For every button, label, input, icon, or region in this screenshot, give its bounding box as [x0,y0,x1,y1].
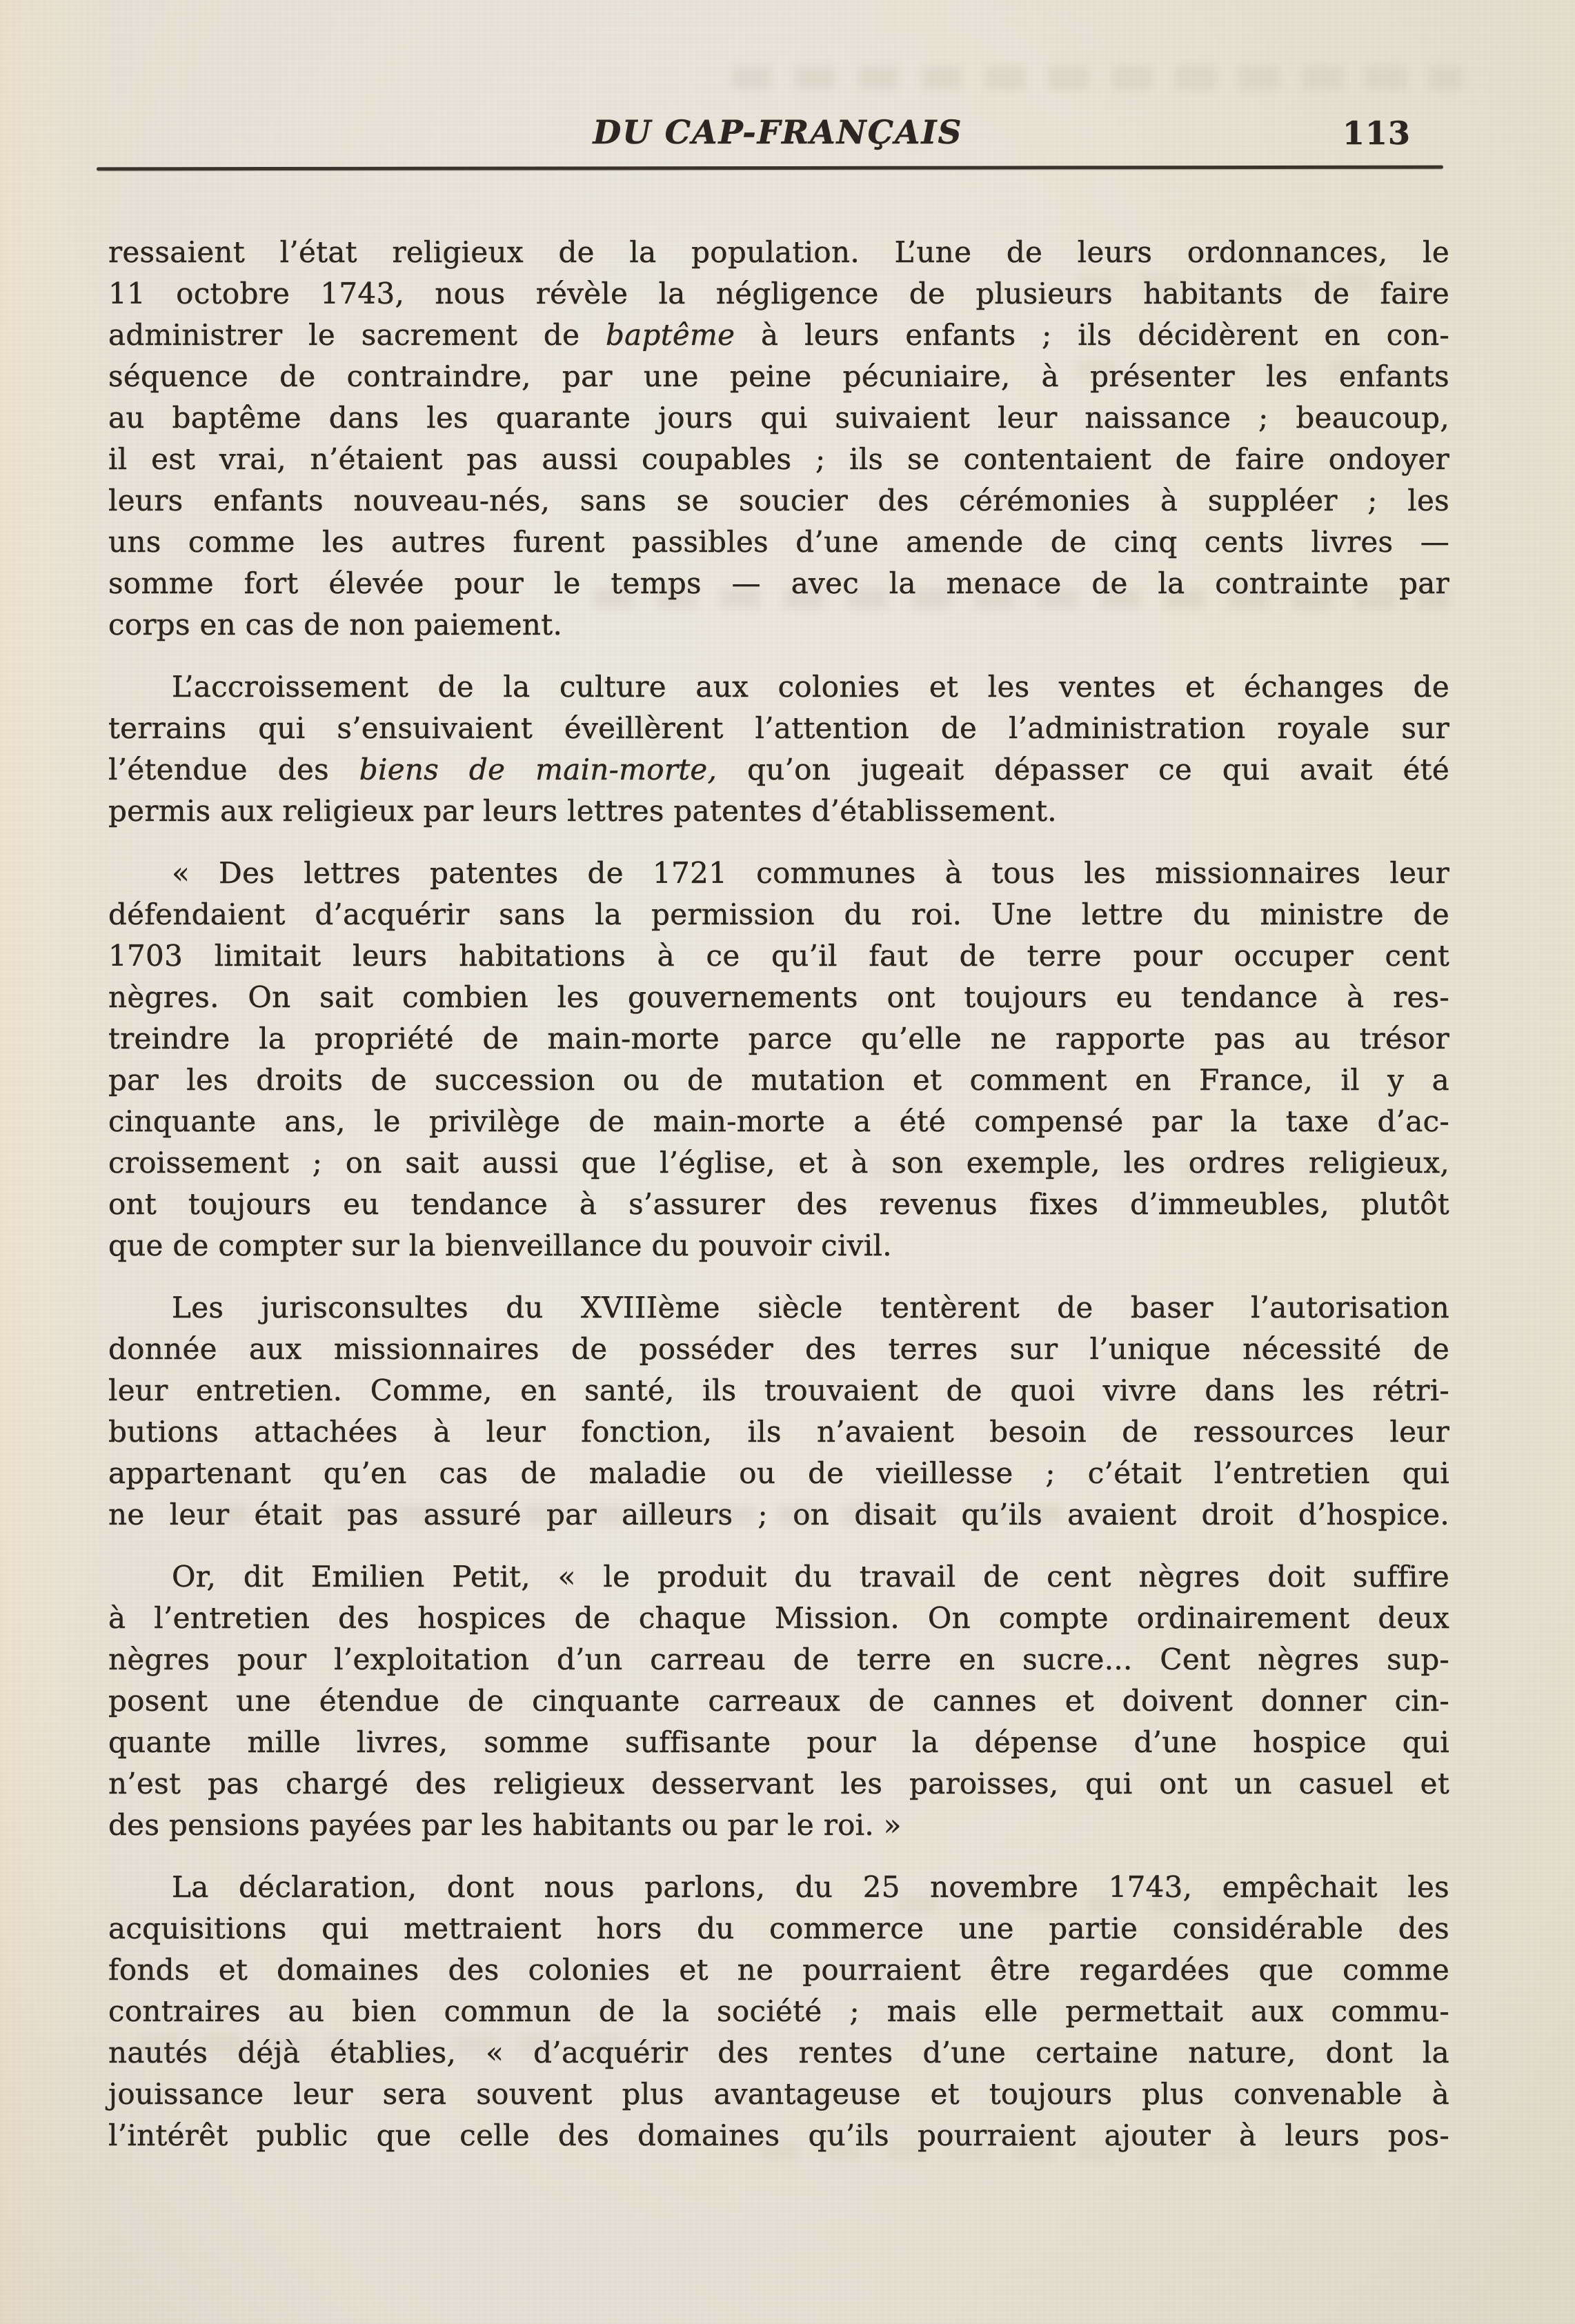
text-line: leurs enfants nouveau-nés, sans se souci… [108,480,1449,522]
page-number: 113 [1343,113,1411,153]
text-line: jouissance leur sera souvent plus avanta… [108,2074,1449,2115]
text-line: nègres pour l’exploitation d’un carreau … [108,1639,1449,1680]
paragraph: « Des lettres patentes de 1721 communes … [108,853,1449,1267]
text-line: cinquante ans, le privilège de main-mort… [108,1101,1449,1142]
paragraph: La déclaration, dont nous parlons, du 25… [108,1867,1449,2156]
text-line: 11 octobre 1743, nous révèle la négligen… [108,273,1449,315]
paragraph: L’accroissement de la culture aux coloni… [108,666,1449,832]
paragraph: ressaient l’état religieux de la populat… [108,232,1449,646]
text-line: nègres. On sait combien les gouvernement… [108,977,1449,1018]
text-line: « Des lettres patentes de 1721 communes … [108,853,1449,894]
text-line: quante mille livres, somme suffisante po… [108,1722,1449,1763]
body-text: ressaient l’état religieux de la populat… [108,232,1449,2156]
text-line: butions attachées à leur fonction, ils n… [108,1411,1449,1453]
text-line: corps en cas de non paiement. [108,604,1449,646]
text-line: posent une étendue de cinquante carreaux… [108,1680,1449,1722]
bleed-through-artifact [731,66,1463,90]
text-line: uns comme les autres furent passibles d’… [108,522,1449,563]
text-line: des pensions payées par les habitants ou… [108,1805,1449,1846]
text-line: ressaient l’état religieux de la populat… [108,232,1449,273]
text-line: l’étendue des biens de main-morte, qu’on… [108,749,1449,791]
text-line: que de compter sur la bienveillance du p… [108,1225,1449,1267]
text-line: administrer le sacrement de baptême à le… [108,315,1449,356]
text-line: défendaient d’acquérir sans la permissio… [108,894,1449,935]
text-line: il est vrai, n’étaient pas aussi coupabl… [108,439,1449,480]
running-header-title: DU CAP-FRANÇAIS [107,113,1449,153]
paragraph: Les jurisconsultes du XVIIIème siècle te… [108,1287,1449,1536]
text-line: n’est pas chargé des religieux desservan… [108,1763,1449,1805]
text-line: à l’entretien des hospices de chaque Mis… [108,1598,1449,1639]
text-line: L’accroissement de la culture aux coloni… [108,666,1449,708]
text-line: somme fort élevée pour le temps — avec l… [108,563,1449,604]
text-line: par les droits de succession ou de mutat… [108,1060,1449,1101]
paragraph: Or, dit Emilien Petit, « le produit du t… [108,1556,1449,1846]
text-line: permis aux religieux par leurs lettres p… [108,791,1449,832]
text-line: La déclaration, dont nous parlons, du 25… [108,1867,1449,1908]
text-line: au baptême dans les quarante jours qui s… [108,397,1449,439]
text-line: terrains qui s’ensuivaient éveillèrent l… [108,708,1449,749]
scanned-book-page: DU CAP-FRANÇAIS 113 ressaient l’état rel… [0,0,1575,2324]
text-line: nautés déjà établies, « d’acquérir des r… [108,2032,1449,2074]
text-line: croissement ; on sait aussi que l’église… [108,1142,1449,1184]
text-line: 1703 limitait leurs habitations à ce qu’… [108,935,1449,977]
text-line: Les jurisconsultes du XVIIIème siècle te… [108,1287,1449,1329]
text-line: fonds et domaines des colonies et ne pou… [108,1949,1449,1991]
text-line: leur entretien. Comme, en santé, ils tro… [108,1370,1449,1411]
header-divider-rule [97,166,1443,171]
text-line: Or, dit Emilien Petit, « le produit du t… [108,1556,1449,1598]
text-line: contraires au bien commun de la société … [108,1991,1449,2032]
text-line: l’intérêt public que celle des domaines … [108,2115,1449,2156]
text-line: ne leur était pas assuré par ailleurs ; … [108,1494,1449,1536]
text-line: ont toujours eu tendance à s’assurer des… [108,1184,1449,1225]
text-line: treindre la propriété de main-morte parc… [108,1018,1449,1060]
text-line: séquence de contraindre, par une peine p… [108,356,1449,397]
text-line: appartenant qu’en cas de maladie ou de v… [108,1453,1449,1494]
text-line: donnée aux missionnaires de posséder des… [108,1329,1449,1370]
running-header: DU CAP-FRANÇAIS 113 [107,113,1449,153]
text-line: acquisitions qui mettraient hors du comm… [108,1908,1449,1949]
